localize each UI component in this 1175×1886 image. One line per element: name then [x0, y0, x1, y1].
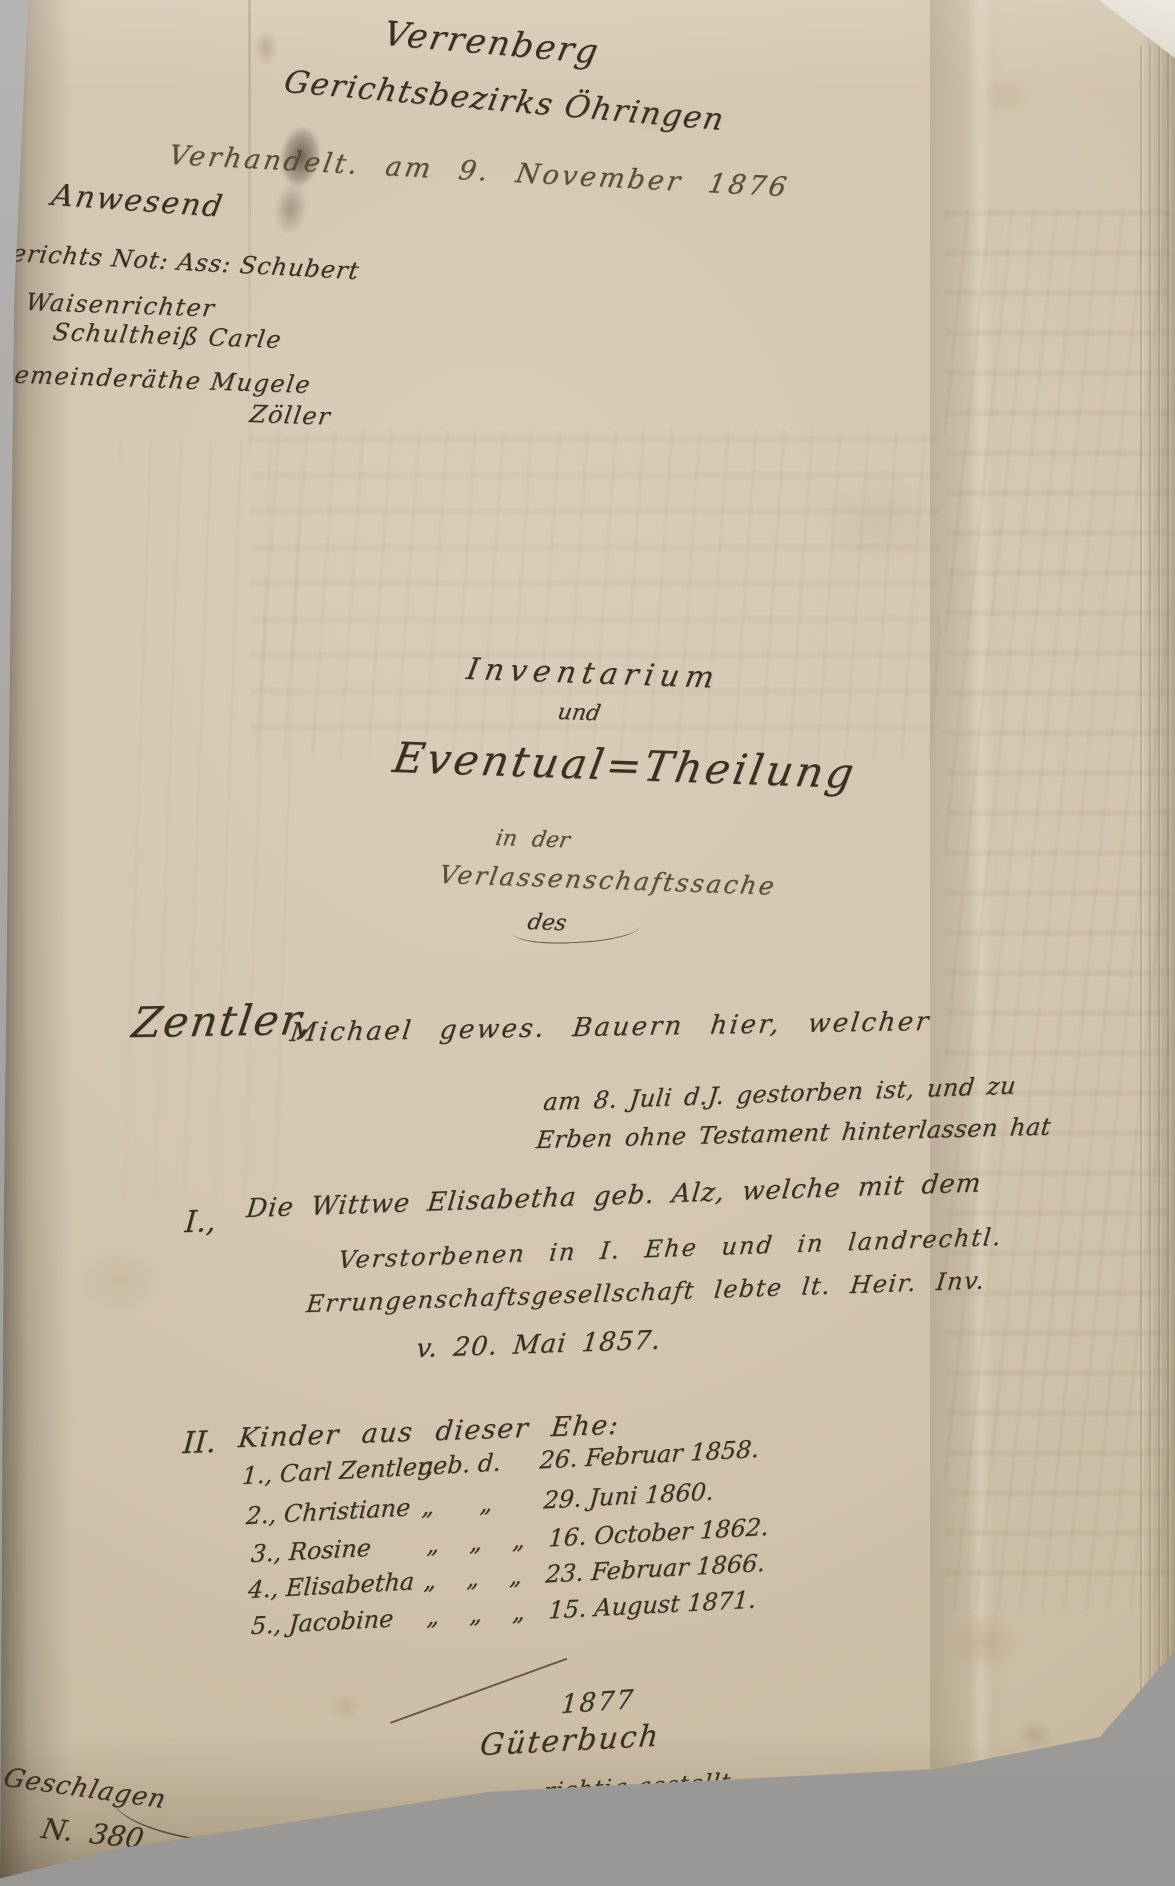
child-ditto: „ „ „: [423, 1560, 547, 1595]
child-name: Carl Zentler,: [279, 1453, 419, 1488]
deceased-death-line: am 8. Juli d.J. gestorben ist, und zu: [542, 1071, 1017, 1116]
fold-highlight: [968, 0, 994, 1886]
section1-line2: Verstorbenen in I. Ehe und in landrechtl…: [337, 1223, 1004, 1274]
district-line: Gerichtsbezirks Öhringen: [281, 64, 728, 138]
section1-numeral: I.,: [184, 1204, 217, 1240]
title-in-der: in der: [494, 826, 572, 853]
child-birthdate: 15. August 1871.: [548, 1586, 757, 1625]
child-birthdate: 23. Februar 1866.: [545, 1549, 766, 1589]
margin-note-right: für 3: [1124, 1758, 1174, 1825]
child-number: 1.,: [241, 1460, 281, 1490]
footer-flourish-underline: [556, 1809, 653, 1831]
title-des: des: [526, 910, 569, 936]
child-ditto: geb. d.: [417, 1446, 541, 1481]
section1-line3: Errungenschaftsgesellschaft lebte lt. He…: [305, 1266, 987, 1318]
section2-numeral: II.: [182, 1425, 218, 1461]
bleedthrough-overlay: [945, 210, 1170, 1610]
child-name: Rosine: [288, 1531, 428, 1566]
section1-line1: Die Wittwe Elisabetha geb. Alz, welche m…: [245, 1168, 983, 1224]
official-schultheiss-line: Schultheiß Carle: [51, 318, 284, 354]
present-label: Anwesend: [49, 178, 227, 225]
child-name: Christiane: [283, 1493, 423, 1528]
deceased-heirs-line: Erben ohne Testament hinterlassen hat: [535, 1113, 1053, 1155]
paper-bottom-shadow: [0, 1736, 1175, 1886]
place-line: Verrenberg: [380, 14, 603, 72]
child-name: Jacobine: [288, 1603, 428, 1638]
footer-register: Güterbuch: [478, 1719, 662, 1764]
child-name: Elisabetha: [285, 1567, 425, 1602]
footer-corrected: richtig gestellt.: [542, 1769, 740, 1805]
section1-line4: v. 20. Mai 1857.: [415, 1325, 663, 1364]
child-number: 5.,: [250, 1610, 290, 1640]
ink-smudge: [263, 123, 332, 239]
child-ditto: „ „ „: [426, 1596, 550, 1631]
child-number: 4.,: [247, 1574, 287, 1604]
child-number: 3.,: [250, 1538, 290, 1568]
photo-background: Verrenberg Gerichtsbezirks Öhringen Verh…: [0, 0, 1175, 1886]
closing-word: Geschlagen: [0, 1763, 170, 1815]
document-page: Verrenberg Gerichtsbezirks Öhringen Verh…: [0, 0, 1175, 1886]
bleedthrough-overlay: [120, 440, 300, 1200]
child-birthdate: 16. October 1862.: [548, 1513, 770, 1553]
title-verlassenschaftssache: Verlassenschaftssache: [437, 860, 779, 901]
title-inventarium: Inventarium: [464, 652, 723, 696]
official-gemeinderat-line: Gemeinderäthe Mugele: [0, 360, 313, 399]
child-number: 2.,: [245, 1500, 285, 1530]
deceased-intro-line: Michael gewes. Bauern hier, welcher: [288, 1007, 932, 1048]
page-stack-edge: [1140, 46, 1175, 1736]
official-zoeller-line: Zöller: [248, 400, 333, 431]
title-und: und: [556, 700, 603, 726]
official-waisenrichter-line: Waisenrichter: [24, 288, 217, 322]
child-ditto: „ „: [421, 1486, 545, 1521]
page-fold-shading: [930, 0, 1175, 1886]
footer-flourish-stroke: [390, 1658, 567, 1724]
closing-number: N. 380.: [39, 1812, 156, 1856]
official-notary-line: Gerichts Not: Ass: Schubert: [0, 238, 361, 285]
paper-left-edge-shadow: [0, 0, 72, 1886]
footer-year: 1877: [560, 1685, 636, 1720]
title-eventual-theilung: Eventual=Theilung: [389, 733, 860, 798]
date-line: Verhandelt. am 9. November 1876: [167, 140, 792, 203]
vertical-crease: [248, 0, 251, 470]
child-birthdate: 29. Juni 1860.: [543, 1477, 715, 1514]
child-ditto: „ „ „: [426, 1524, 550, 1559]
